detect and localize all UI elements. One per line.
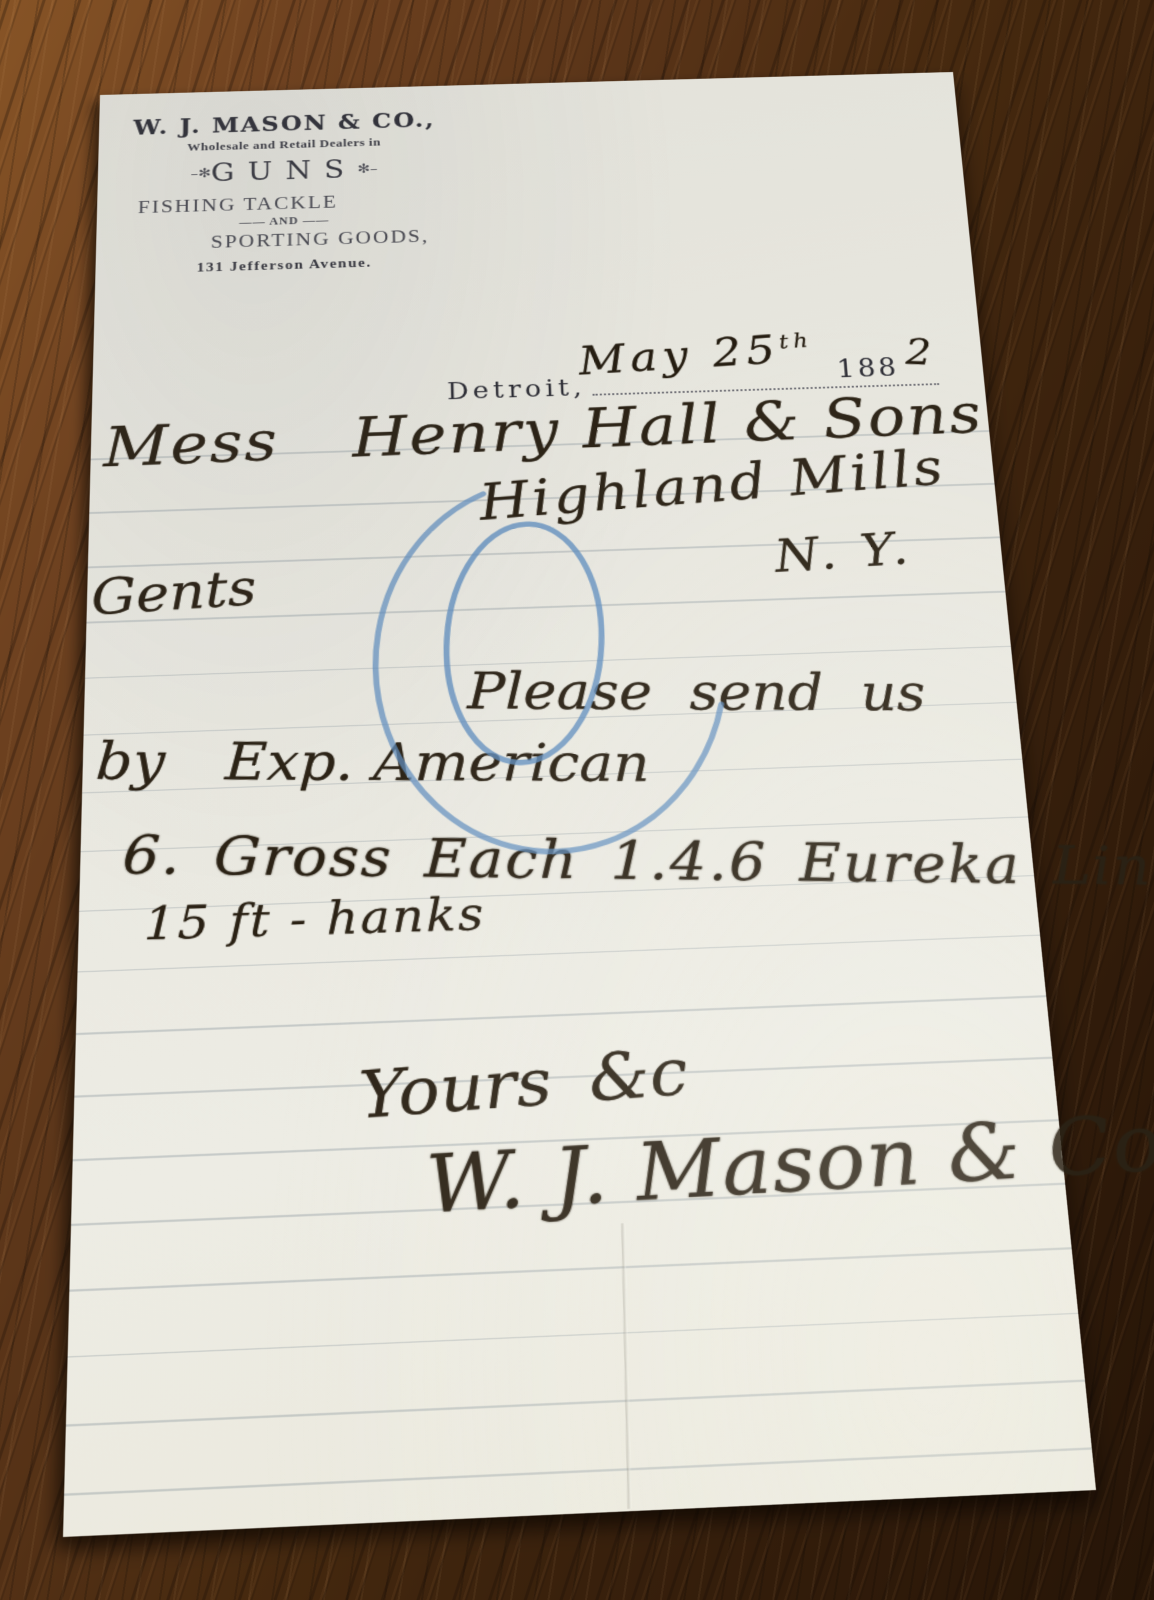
order-detail-line: 15 ft - hanks xyxy=(143,888,486,951)
photo-of-letter: W. J. MASON & CO., Wholesale and Retail … xyxy=(0,0,1154,1600)
body-request-line: Please send us xyxy=(467,663,927,723)
date-suffix: th xyxy=(778,330,814,354)
blue-pencil-circle-mark xyxy=(63,72,1096,1537)
street-address: 131 Jefferson Avenue. xyxy=(130,254,438,278)
salutation: Gents xyxy=(91,560,257,628)
recipient-prefix: Mess xyxy=(103,410,279,481)
body-shipping-line: byExp.American xyxy=(94,732,650,794)
letter-paper: W. J. MASON & CO., Wholesale and Retail … xyxy=(63,72,1096,1537)
via-carrier: Exp. xyxy=(224,733,355,793)
product-guns-line: –✻GUNS✻– xyxy=(132,152,436,189)
order-line: 6. Gross Each 1.4.6 Eureka Lines xyxy=(120,825,1154,898)
paper-crease xyxy=(621,1223,631,1509)
letterhead: W. J. MASON & CO., Wholesale and Retail … xyxy=(130,107,438,278)
handwritten-year-digit: 2 xyxy=(905,332,932,373)
handwritten-date: May 25th xyxy=(577,325,817,384)
floral-ornament-right-icon: ✻– xyxy=(357,161,377,177)
via-name: American xyxy=(372,733,649,794)
via-prefix: by xyxy=(94,732,167,792)
closing-line: Yours &c xyxy=(357,1035,691,1135)
floral-ornament-left-icon: –✻ xyxy=(191,165,211,181)
printed-year-prefix: 188 xyxy=(836,354,900,383)
product-guns: GUNS xyxy=(211,154,358,187)
recipient-state: N. Y. xyxy=(772,522,915,583)
